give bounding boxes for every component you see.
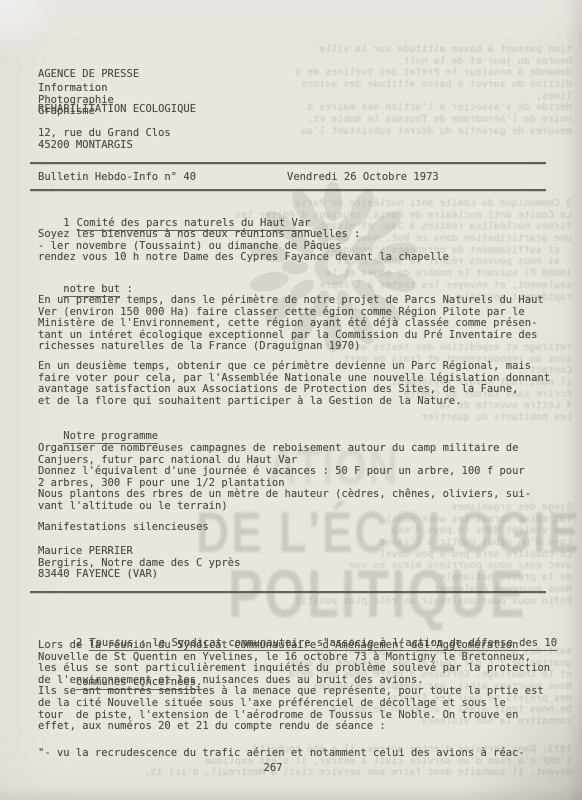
paragraph-intro: Soyez les bienvenus à nos deux réunions … xyxy=(38,229,449,264)
section-1-number: 1 xyxy=(63,217,69,229)
address-line: 45200 MONTARGIS xyxy=(38,140,171,152)
subheading-colon: : xyxy=(120,283,133,295)
divider-rule-section xyxy=(30,591,546,593)
text-line: de la cité Nouvelle située sous l'axe pr… xyxy=(38,698,550,710)
bleedthrough-block: tion passant à basse altitude sur la vil… xyxy=(320,44,572,138)
bulletin-date: Vendredi 26 Octobre 1973 xyxy=(287,172,439,184)
text-line: Soyez les bienvenus à nos deux réunions … xyxy=(38,229,449,241)
bleedthrough-line: lines, xyxy=(320,91,572,103)
bulletin-title: Bulletin Hebdo-Info n° 40 xyxy=(38,172,196,184)
letterhead-address: 12, rue du Grand Clos45200 MONTARGIS xyxy=(38,128,171,151)
bleedthrough-line: (au moins durant les week-ends) xyxy=(300,514,572,526)
bleedthrough-line: heures du jour et de la nuit, xyxy=(320,56,572,68)
bleedthrough-line: 10000 F) suivant le nombre de pages et l… xyxy=(298,268,572,280)
bleedthrough-line: diction du survol à basse altitude des a… xyxy=(320,79,572,91)
text-line: En un premier temps, dans le périmètre d… xyxy=(38,295,544,307)
bleedthrough-line: Les habitants du quartier xyxy=(330,412,572,424)
service-line: Graphisme xyxy=(38,106,114,118)
bleedthrough-line: avec eux/ nous pourrions mieux en vue xyxy=(300,560,572,572)
bleedthrough-line: seulement, et envoyer les textes à l'imp… xyxy=(298,280,572,292)
address-line: 12, rue du Grand Clos xyxy=(38,128,171,140)
divider-rule-masthead xyxy=(30,189,546,191)
service-line: Information xyxy=(38,83,114,95)
bleedthrough-line: décide de s'associer à l'action des mair… xyxy=(320,102,572,114)
manifestations-line: Manifestations silencieuses xyxy=(38,522,209,534)
page-number: 267 xyxy=(0,763,546,775)
signature-line: Maurice PERRIER xyxy=(38,546,240,558)
bleedthrough-line: 3 Communiqué du Comité anti nucléaire de… xyxy=(298,198,572,210)
divider-rule-top xyxy=(30,162,546,164)
bleedthrough-line: tion passant à basse altitude sur la vil… xyxy=(320,44,572,56)
paragraph-programme: Organiser de nombreuses campagnes de reb… xyxy=(38,443,531,513)
bleedthrough-line: noire de l'aérodrome de Toussus le Noble… xyxy=(320,114,572,126)
bleedthrough-line: demande à monsieur le Préfet des Yveline… xyxy=(320,67,572,79)
text-line: vant l'altitude ou le terrain) xyxy=(38,501,531,513)
letterhead-services: InformationPhotographieGraphisme xyxy=(38,83,114,118)
bleedthrough-line: de la presse nationale. xyxy=(300,572,572,584)
bleedthrough-line: mesures de garantie du décret subsistant… xyxy=(320,126,572,138)
bleedthrough-line: Lors d'un débat public à l'issue xyxy=(300,537,572,549)
bleedthrough-line: non violent dans le pays d'exp xyxy=(300,525,572,537)
quote-line: "- vu la recrudescence du trafic aérien … xyxy=(38,748,525,760)
text-line: Lors de la réunion du Syndicat communaut… xyxy=(38,640,550,652)
bleedthrough-line: Ce chapitre sera peu à peu dével xyxy=(300,549,572,561)
scanned-bulletin-page: ATION DE L'ÉCOLOGIE POLITIQUE tion passa… xyxy=(0,0,582,800)
signature-block: Maurice PERRIERBergiris, Notre dame des … xyxy=(38,546,240,581)
text-line: En un deusième temps, obtenir que ce pér… xyxy=(38,361,550,373)
text-line: richesses naturelles de la France (Dragu… xyxy=(38,341,544,353)
text-line: et de la flore qui souhaitent participer… xyxy=(38,396,550,408)
bleedthrough-line: Le Comité anti nucléaire de Paris, souci… xyxy=(298,210,572,222)
paragraph-deuxieme-temps: En un deusième temps, obtenir que ce pér… xyxy=(38,361,550,407)
signature-line: 83440 FAYENCE (VAR) xyxy=(38,569,240,581)
bleedthrough-line: Nous pourrons également xyxy=(300,584,572,596)
text-line: Organiser de nombreuses campagnes de reb… xyxy=(38,443,531,455)
paragraph-syndicat: Lors de la réunion du Syndicat communaut… xyxy=(38,640,550,733)
text-line: rendez vous 10 h notre Dame des Cypres F… xyxy=(38,252,449,264)
text-line: effet, aux numéros 20 et 21 du compte re… xyxy=(38,721,550,733)
paragraph-premier-temps: En un premier temps, dans le périmètre d… xyxy=(38,295,544,353)
agency-name-line1: AGENCE DE PRESSE xyxy=(38,69,196,81)
